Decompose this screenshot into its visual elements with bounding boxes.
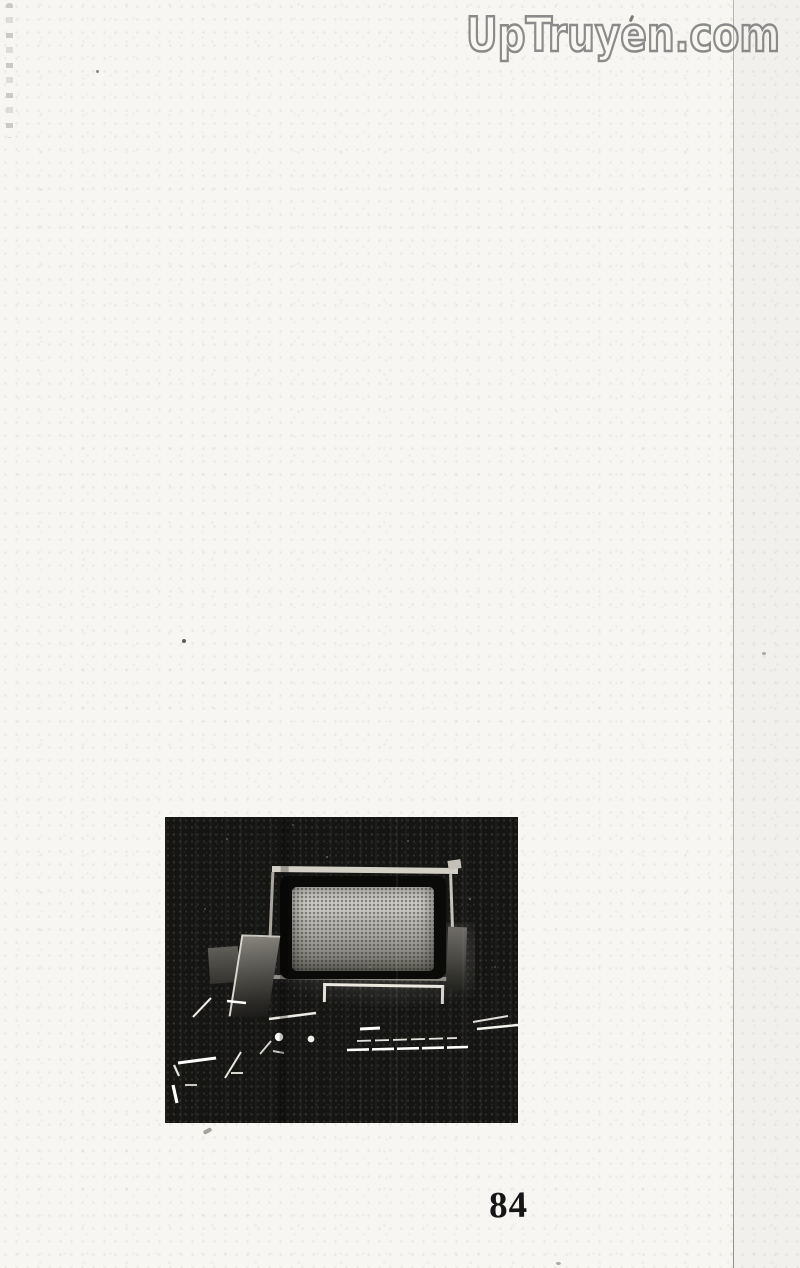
- speck-mark: [203, 1127, 213, 1135]
- left-edge-smudge: [6, 3, 13, 138]
- speck-mark: [762, 652, 766, 655]
- scanned-page: UpTruyen.com: [0, 0, 800, 1268]
- speck-mark: [182, 639, 186, 643]
- speck-mark: [556, 1262, 561, 1265]
- speck-mark: [96, 70, 99, 73]
- right-page-strip: [734, 0, 800, 1268]
- photo-highlight-lines: [165, 817, 518, 1123]
- page-fold-line: [733, 0, 734, 1268]
- page-number: 84: [489, 1184, 529, 1228]
- monitor-photo: [165, 817, 518, 1123]
